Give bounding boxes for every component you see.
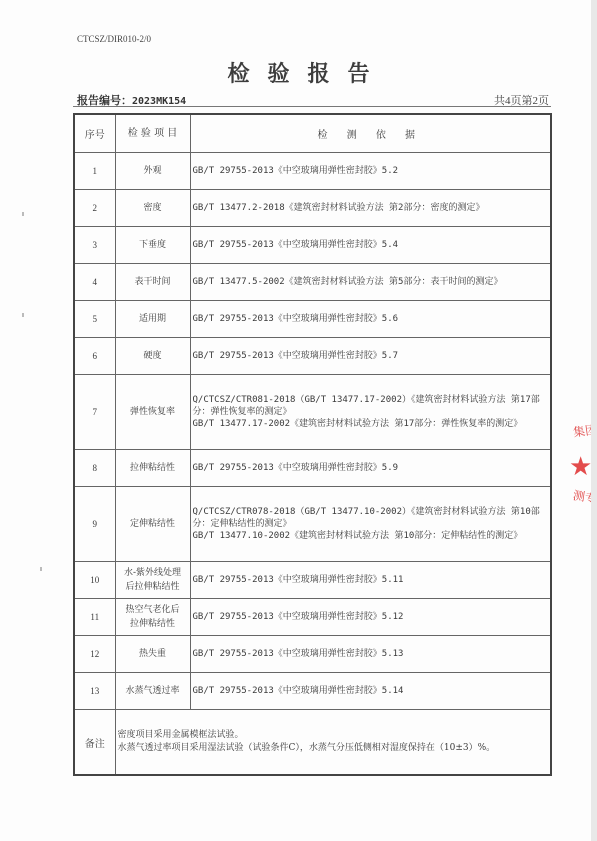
row-item: 热失重	[115, 636, 190, 673]
row-basis: GB/T 13477.5-2002《建筑密封材料试验方法 第5部分：表干时间的测…	[190, 264, 551, 301]
row-no: 10	[74, 562, 115, 599]
row-basis: GB/T 29755-2013《中空玻璃用弹性密封胶》5.11	[190, 562, 551, 599]
row-no: 13	[74, 673, 115, 710]
row-item: 拉伸粘结性	[115, 450, 190, 487]
row-item: 硬度	[115, 338, 190, 375]
row-no: 4	[74, 264, 115, 301]
row-item: 下垂度	[115, 227, 190, 264]
basis-line: GB/T 13477.17-2002《建筑密封材料试验方法 第17部分：弹性恢复…	[193, 418, 551, 430]
notes-content: 密度项目采用金属模框法试验。 水蒸气透过率项目采用湿法试验（试验条件C），水蒸气…	[115, 710, 551, 776]
row-basis: GB/T 29755-2013《中空玻璃用弹性密封胶》5.14	[190, 673, 551, 710]
table-row: 8 拉伸粘结性 GB/T 29755-2013《中空玻璃用弹性密封胶》5.9	[74, 450, 551, 487]
table-header-row: 序号 检 验 项 目 检 测 依 据	[74, 114, 551, 153]
row-no: 8	[74, 450, 115, 487]
table-row: 5 适用期 GB/T 29755-2013《中空玻璃用弹性密封胶》5.6	[74, 301, 551, 338]
page-edge	[591, 0, 597, 841]
document-code: CTCSZ/DIR010-2/0	[77, 34, 151, 44]
table-row: 9 定伸粘结性 Q/CTCSZ/CTR078-2018（GB/T 13477.1…	[74, 487, 551, 562]
basis-line: GB/T 13477.10-2002《建筑密封材料试验方法 第10部分：定伸粘结…	[193, 530, 551, 542]
notes-row: 备注 密度项目采用金属模框法试验。 水蒸气透过率项目采用湿法试验（试验条件C），…	[74, 710, 551, 776]
row-basis: GB/T 29755-2013《中空玻璃用弹性密封胶》5.9	[190, 450, 551, 487]
table-row: 11 热空气老化后拉伸粘结性 GB/T 29755-2013《中空玻璃用弹性密封…	[74, 599, 551, 636]
table-row: 1 外观 GB/T 29755-2013《中空玻璃用弹性密封胶》5.2	[74, 153, 551, 190]
table-row: 7 弹性恢复率 Q/CTCSZ/CTR081-2018（GB/T 13477.1…	[74, 375, 551, 450]
column-header-item: 检 验 项 目	[115, 114, 190, 153]
column-header-no: 序号	[74, 114, 115, 153]
scan-speck	[40, 567, 42, 571]
row-basis: Q/CTCSZ/CTR081-2018（GB/T 13477.17-2002）《…	[190, 375, 551, 450]
seal-star-icon: ★	[569, 452, 592, 482]
column-header-basis: 检 测 依 据	[190, 114, 551, 153]
row-item: 外观	[115, 153, 190, 190]
row-no: 12	[74, 636, 115, 673]
row-item: 弹性恢复率	[115, 375, 190, 450]
row-item: 水-紫外线处理后拉伸粘结性	[115, 562, 190, 599]
row-item: 水蒸气透过率	[115, 673, 190, 710]
table-row: 13 水蒸气透过率 GB/T 29755-2013《中空玻璃用弹性密封胶》5.1…	[74, 673, 551, 710]
note-line: 水蒸气透过率项目采用湿法试验（试验条件C），水蒸气分压低侧相对湿度保持在（10±…	[118, 742, 551, 755]
notes-label: 备注	[74, 710, 115, 776]
row-basis: GB/T 29755-2013《中空玻璃用弹性密封胶》5.12	[190, 599, 551, 636]
table-row: 2 密度 GB/T 13477.2-2018《建筑密封材料试验方法 第2部分：密…	[74, 190, 551, 227]
row-no: 5	[74, 301, 115, 338]
row-item: 定伸粘结性	[115, 487, 190, 562]
basis-line: Q/CTCSZ/CTR081-2018（GB/T 13477.17-2002）《…	[193, 394, 551, 418]
row-no: 6	[74, 338, 115, 375]
scan-speck	[22, 313, 24, 317]
row-no: 9	[74, 487, 115, 562]
row-no: 11	[74, 599, 115, 636]
row-basis: GB/T 29755-2013《中空玻璃用弹性密封胶》5.4	[190, 227, 551, 264]
inspection-basis-table: 序号 检 验 项 目 检 测 依 据 1 外观 GB/T 29755-2013《…	[73, 113, 552, 776]
table-row: 3 下垂度 GB/T 29755-2013《中空玻璃用弹性密封胶》5.4	[74, 227, 551, 264]
note-line: 密度项目采用金属模框法试验。	[118, 729, 551, 742]
row-no: 1	[74, 153, 115, 190]
row-no: 3	[74, 227, 115, 264]
row-basis: Q/CTCSZ/CTR078-2018（GB/T 13477.10-2002）《…	[190, 487, 551, 562]
page-title: 检验报告	[0, 57, 597, 88]
row-item: 热空气老化后拉伸粘结性	[115, 599, 190, 636]
row-no: 7	[74, 375, 115, 450]
scan-speck	[22, 212, 24, 216]
row-no: 2	[74, 190, 115, 227]
table-row: 10 水-紫外线处理后拉伸粘结性 GB/T 29755-2013《中空玻璃用弹性…	[74, 562, 551, 599]
table-row: 4 表干时间 GB/T 13477.5-2002《建筑密封材料试验方法 第5部分…	[74, 264, 551, 301]
row-item: 适用期	[115, 301, 190, 338]
table-row: 6 硬度 GB/T 29755-2013《中空玻璃用弹性密封胶》5.7	[74, 338, 551, 375]
header-divider	[73, 106, 551, 107]
row-item: 密度	[115, 190, 190, 227]
table-row: 12 热失重 GB/T 29755-2013《中空玻璃用弹性密封胶》5.13	[74, 636, 551, 673]
row-item: 表干时间	[115, 264, 190, 301]
row-basis: GB/T 29755-2013《中空玻璃用弹性密封胶》5.7	[190, 338, 551, 375]
row-basis: GB/T 13477.2-2018《建筑密封材料试验方法 第2部分：密度的测定》	[190, 190, 551, 227]
row-basis: GB/T 29755-2013《中空玻璃用弹性密封胶》5.13	[190, 636, 551, 673]
row-basis: GB/T 29755-2013《中空玻璃用弹性密封胶》5.2	[190, 153, 551, 190]
row-basis: GB/T 29755-2013《中空玻璃用弹性密封胶》5.6	[190, 301, 551, 338]
basis-line: Q/CTCSZ/CTR078-2018（GB/T 13477.10-2002）《…	[193, 506, 551, 530]
